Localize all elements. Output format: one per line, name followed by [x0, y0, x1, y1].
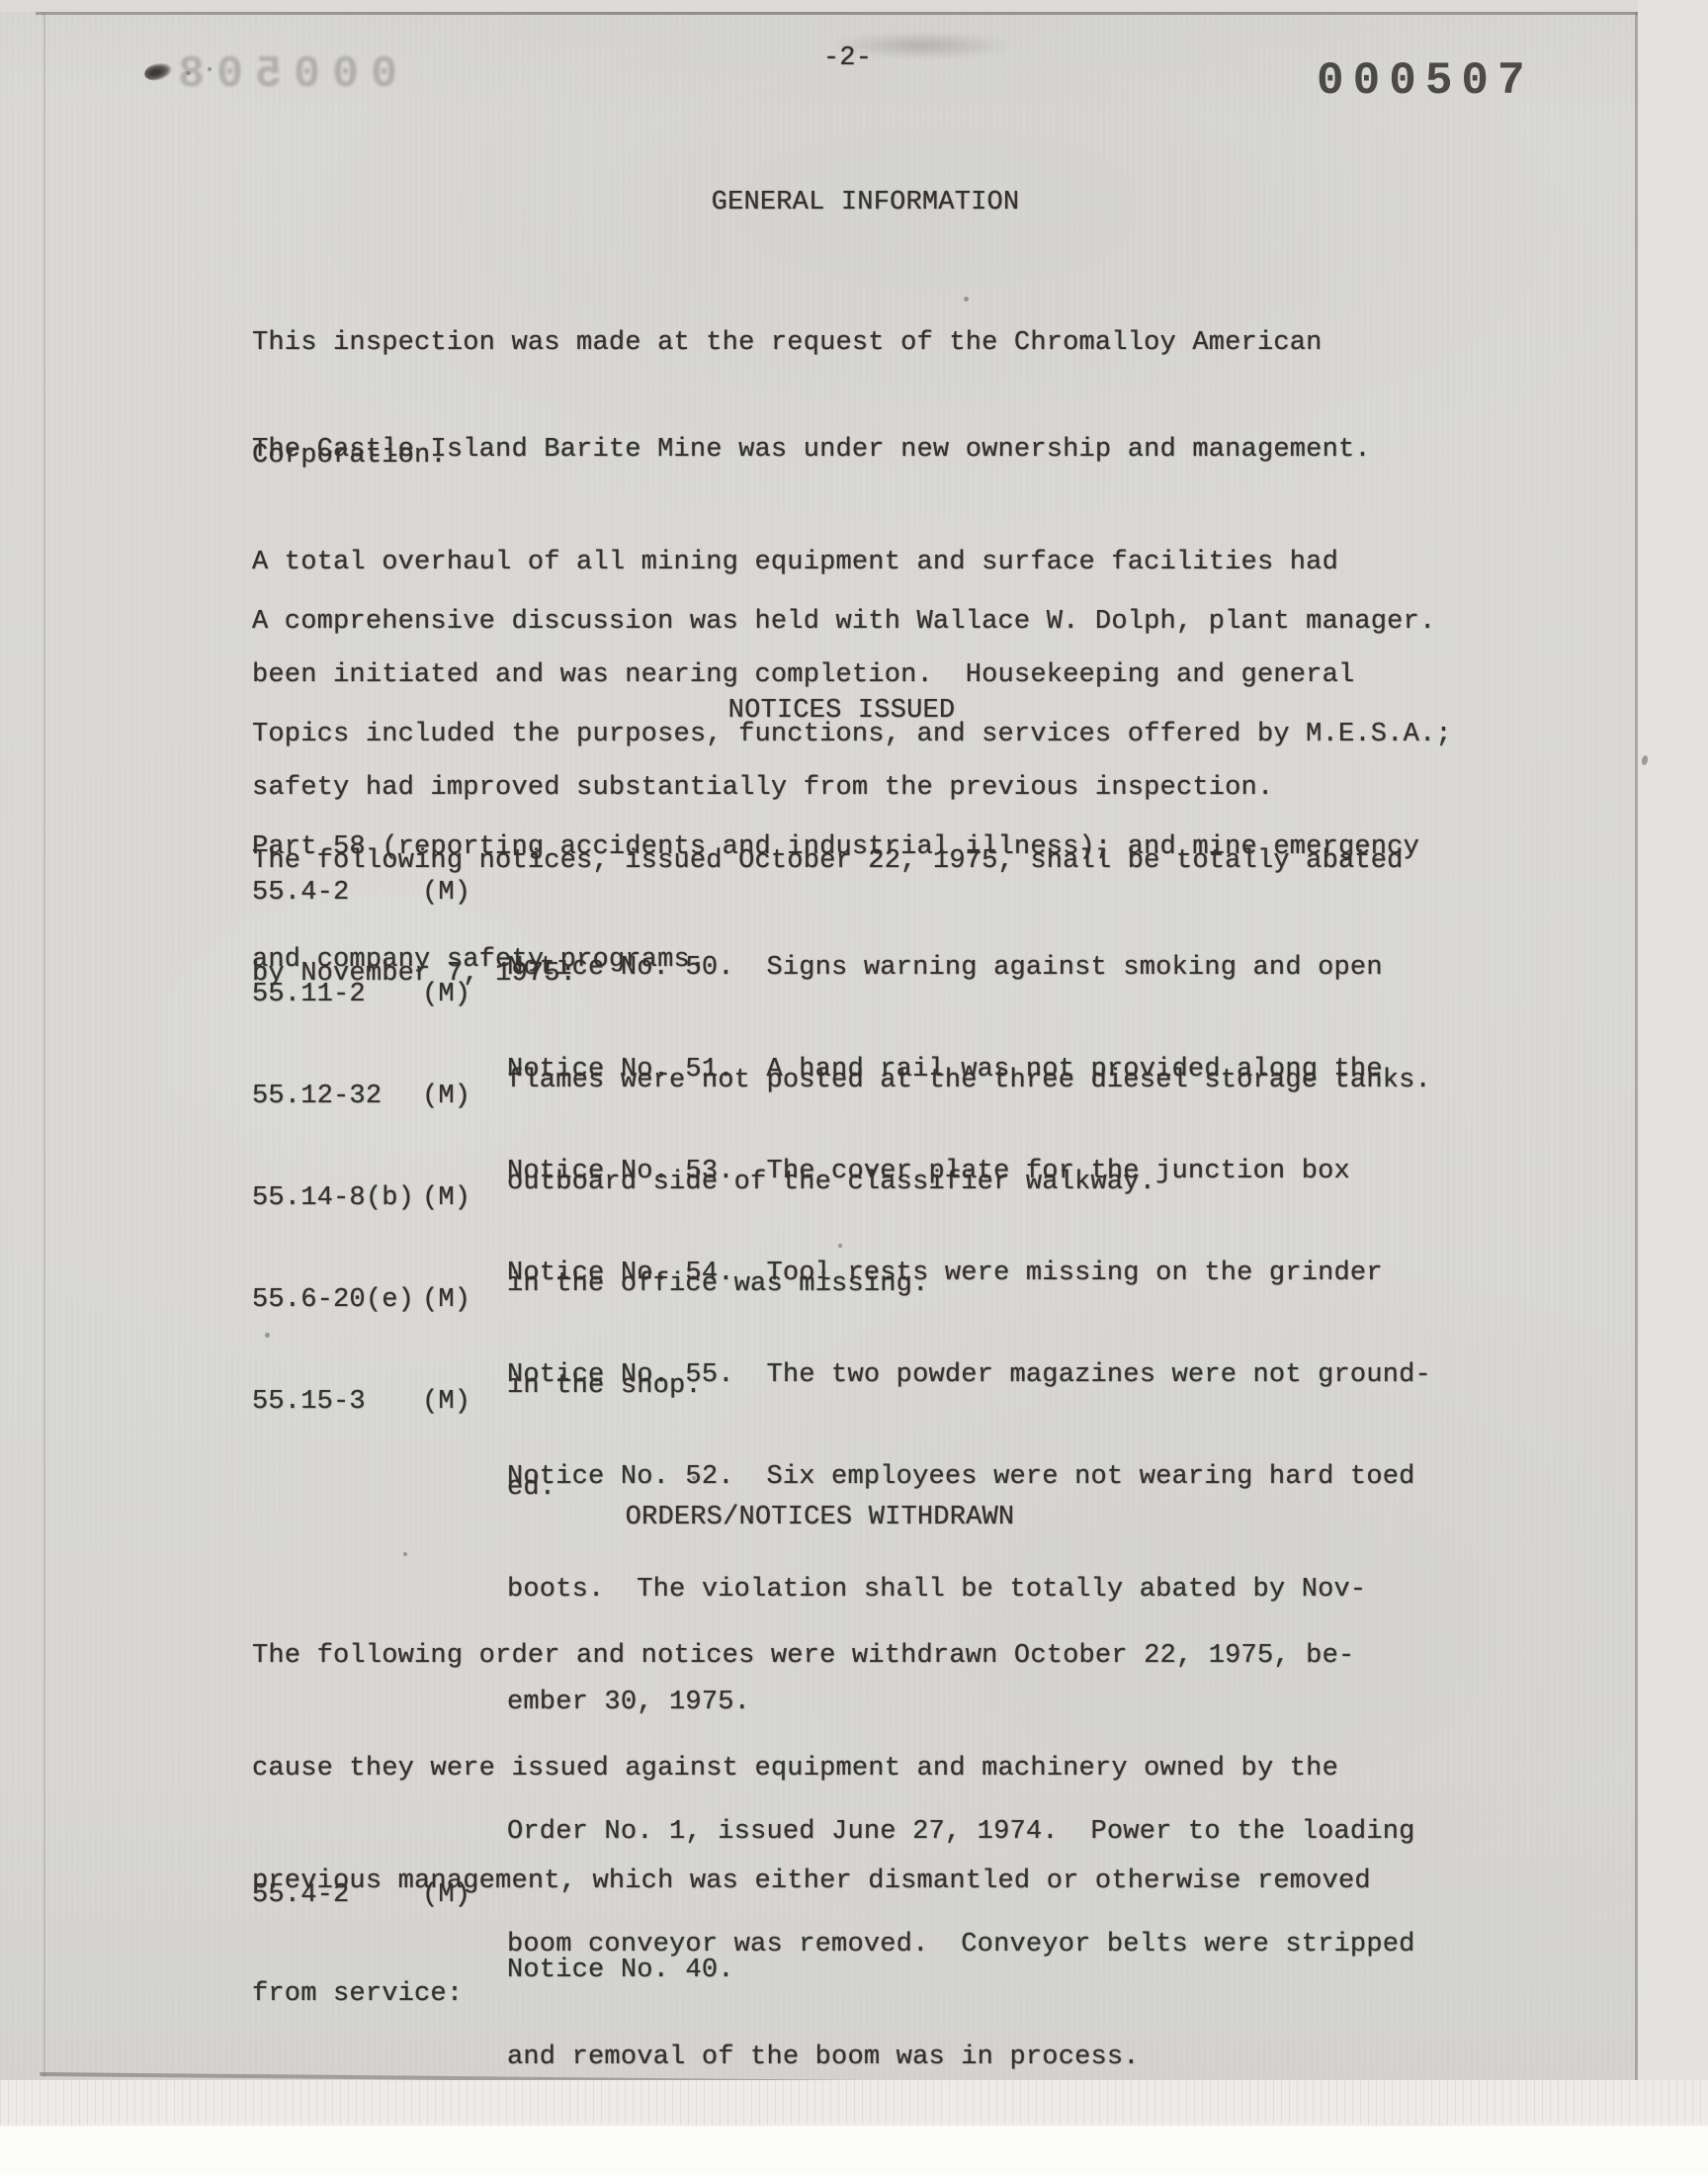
notice-code: 55.4-2	[252, 1876, 422, 2064]
paper-top-edge	[36, 12, 1708, 15]
scan-background-top	[0, 0, 1708, 12]
text-line: The Castle Island Barite Mine was under …	[252, 431, 1483, 469]
notice-item: 55.4-2 (M) Notice No. 40.	[252, 1876, 1483, 2064]
heading-general-information: GENERAL INFORMATION	[250, 184, 1481, 221]
text-line: Notice No. 52. Six employees were not we…	[507, 1458, 1483, 1496]
text-line: Order No. 1, issued June 27, 1974. Power…	[507, 1813, 1483, 1851]
notice-flag: (M)	[422, 1876, 507, 2064]
scan-background-right	[1638, 0, 1708, 2126]
paper-right-edge	[1635, 12, 1638, 2100]
text-line: A comprehensive discussion was held with…	[252, 603, 1483, 641]
paper-left-edge	[43, 13, 45, 2077]
heading-notices-issued: NOTICES ISSUED	[226, 692, 1457, 730]
text-line: Notice No. 40.	[507, 1952, 1483, 1989]
text-line: The following order and notices were wit…	[252, 1637, 1483, 1675]
heading-orders-notices-withdrawn: ORDERS/NOTICES WITHDRAWN	[205, 1499, 1435, 1536]
notice-text: Notice No. 40.	[507, 1876, 1483, 2064]
page-number: -2-	[232, 40, 1463, 77]
scanned-document-page: 000508 000507 -2- GENERAL INFORMATION Th…	[0, 0, 1708, 2175]
